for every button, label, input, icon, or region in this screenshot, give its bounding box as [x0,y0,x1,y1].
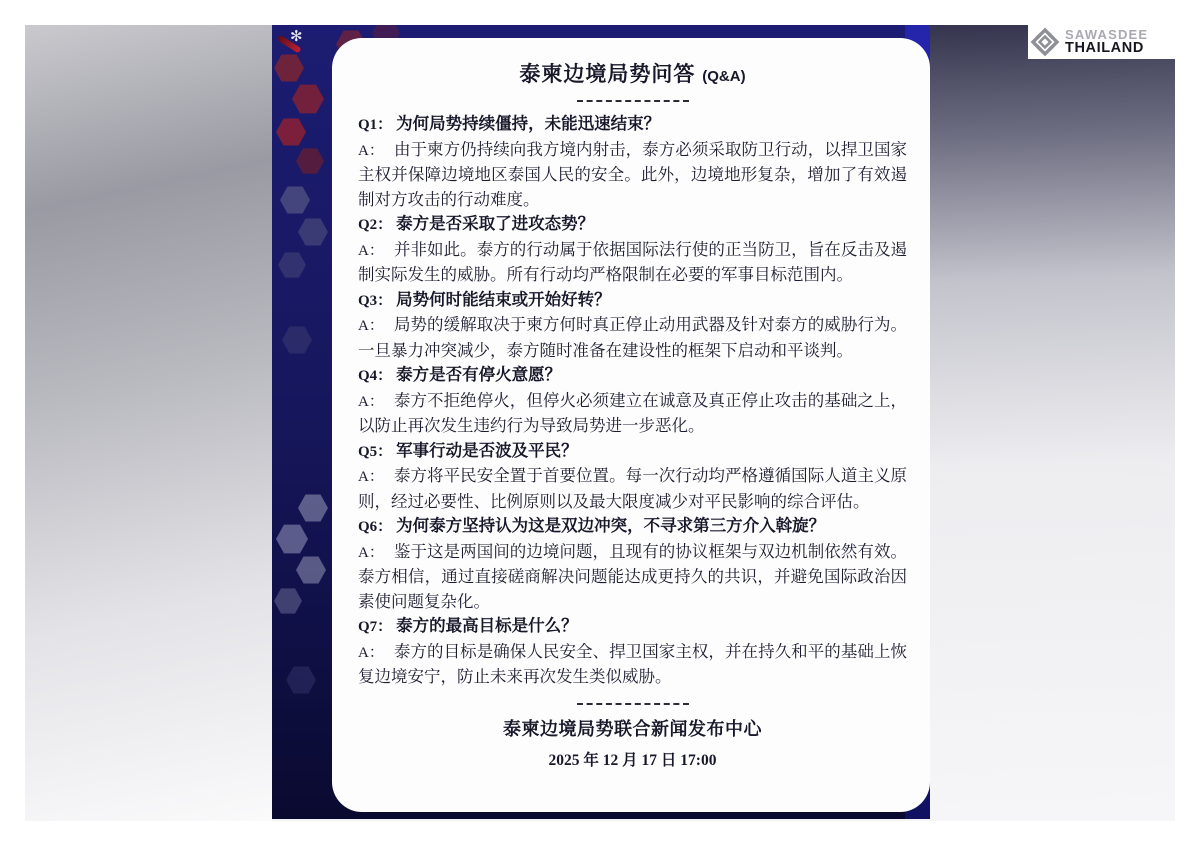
question-text: 泰方是否采取了进攻态势？ [396,215,594,233]
answer-text: 由于柬方仍持续向我方境内射击，泰方必须采取防卫行动，以捍卫国家主权并保障边境地区… [358,141,907,209]
hexagon-decoration [286,665,316,695]
question-line: Q2：泰方是否采取了进攻态势？ [358,212,907,238]
diamond-chevron-icon [1030,27,1060,57]
answer-line: A：并非如此。泰方的行动属于依据国际法行使的正当防卫，旨在反击及遏制实际发生的威… [358,238,907,288]
hexagon-decoration [296,555,326,585]
answer-text: 泰方将平民安全置于首要位置。每一次行动均严格遵循国际人道主义原则，经过必要性、比… [358,467,907,511]
card-title-text: 泰柬边境局势问答 [519,63,695,86]
qa-pair: Q4：泰方是否有停火意愿？ A：泰方不拒绝停火，但停火必须建立在诚意及真正停止攻… [358,363,907,439]
answer-line: A：泰方将平民安全置于首要位置。每一次行动均严格遵循国际人道主义原则，经过必要性… [358,464,907,514]
qa-pair: Q6：为何泰方坚持认为这是双边冲突，不寻求第三方介入斡旋？ A：鉴于这是两国间的… [358,514,907,614]
question-label: Q3： [358,293,392,309]
sawasdee-thailand-logo: SAWASDEE THAILAND [1028,25,1175,59]
answer-text: 泰方的目标是确保人民安全、捍卫国家主权，并在持久和平的基础上恢复边境安宁，防止未… [358,643,907,687]
dashed-divider-bottom [577,703,689,705]
question-label: Q4： [358,368,392,384]
hexagon-decoration [274,53,304,83]
card-title-suffix: (Q&A) [702,68,745,85]
answer-label: A： [358,394,384,410]
footer-datetime: 2025 年 12 月 17 日 17:00 [358,748,907,770]
qa-card: 泰柬边境局势问答 (Q&A) Q1：为何局势持续僵持，未能迅速结束？ A：由于柬… [332,38,930,812]
logo-brand-top: SAWASDEE [1065,28,1148,41]
hexagon-decoration [282,325,312,355]
hexagon-decoration [298,217,328,247]
hexagon-decoration [276,523,308,555]
logo-brand-bottom: THAILAND [1065,41,1148,56]
question-label: Q6： [358,519,392,535]
answer-text: 局势的缓解取决于柬方何时真正停止动用武器及针对泰方的威胁行为。一旦暴力冲突减少，… [358,316,907,360]
answer-label: A： [358,243,384,259]
question-line: Q6：为何泰方坚持认为这是双边冲突，不寻求第三方介入斡旋？ [358,514,907,540]
hexagon-decoration [296,147,324,175]
hexagon-decoration [280,185,310,215]
question-text: 泰方的最高目标是什么？ [396,617,578,635]
question-text: 泰方是否有停火意愿？ [396,366,561,384]
hexagon-decoration [276,117,306,147]
qa-pair: Q3：局势何时能结束或开始好转？ A：局势的缓解取决于柬方何时真正停止动用武器及… [358,288,907,364]
question-line: Q7：泰方的最高目标是什么？ [358,614,907,640]
qa-pair: Q5：军事行动是否波及平民？ A：泰方将平民安全置于首要位置。每一次行动均严格遵… [358,439,907,515]
answer-line: A：局势的缓解取决于柬方何时真正停止动用武器及针对泰方的威胁行为。一旦暴力冲突减… [358,313,907,363]
hexagon-decoration [278,251,306,279]
answer-text: 泰方不拒绝停火，但停火必须建立在诚意及真正停止攻击的基础之上，以防止再次发生违约… [358,392,907,436]
question-label: Q7： [358,619,392,635]
answer-line: A：鉴于这是两国间的边境问题，且现有的协议框架与双边机制依然有效。泰方相信，通过… [358,540,907,615]
answer-text: 鉴于这是两国间的边境问题，且现有的协议框架与双边机制依然有效。泰方相信，通过直接… [358,543,907,611]
answer-line: A：泰方不拒绝停火，但停火必须建立在诚意及真正停止攻击的基础之上，以防止再次发生… [358,389,907,439]
question-text: 局势何时能结束或开始好转？ [396,291,611,309]
qa-list: Q1：为何局势持续僵持，未能迅速结束？ A：由于柬方仍持续向我方境内射击，泰方必… [358,112,907,690]
qa-pair: Q7：泰方的最高目标是什么？ A：泰方的目标是确保人民安全、捍卫国家主权，并在持… [358,614,907,690]
question-line: Q5：军事行动是否波及平民？ [358,439,907,465]
qa-pair: Q1：为何局势持续僵持，未能迅速结束？ A：由于柬方仍持续向我方境内射击，泰方必… [358,112,907,212]
question-line: Q4：泰方是否有停火意愿？ [358,363,907,389]
navy-background-panel: ✻ 泰柬边境局势问答 (Q&A) Q1：为何局势持续僵持，未能迅速结束？ A：由… [272,25,930,819]
answer-label: A： [358,143,384,159]
question-label: Q1： [358,117,392,133]
question-label: Q5： [358,444,392,460]
answer-label: A： [358,469,384,485]
news-graphic: ✻ 泰柬边境局势问答 (Q&A) Q1：为何局势持续僵持，未能迅速结束？ A：由… [25,25,1175,821]
dashed-divider-top [577,100,689,102]
card-title: 泰柬边境局势问答 (Q&A) [358,58,907,88]
answer-label: A： [358,318,384,334]
hexagon-decoration [292,83,324,115]
qa-pair: Q2：泰方是否采取了进攻态势？ A：并非如此。泰方的行动属于依据国际法行使的正当… [358,212,907,288]
answer-line: A：由于柬方仍持续向我方境内射击，泰方必须采取防卫行动，以捍卫国家主权并保障边境… [358,138,907,213]
hexagon-decoration [274,587,302,615]
answer-text: 并非如此。泰方的行动属于依据国际法行使的正当防卫，旨在反击及遏制实际发生的威胁。… [358,241,907,285]
background-blur-left [25,25,272,821]
logo-text: SAWASDEE THAILAND [1065,28,1148,56]
footer-organization: 泰柬边境局势联合新闻发布中心 [358,715,907,741]
answer-label: A： [358,645,384,661]
question-line: Q3：局势何时能结束或开始好转？ [358,288,907,314]
hexagon-decoration [298,493,328,523]
question-text: 军事行动是否波及平民？ [396,442,578,460]
question-text: 为何泰方坚持认为这是双边冲突，不寻求第三方介入斡旋？ [396,517,825,535]
answer-label: A： [358,545,384,561]
answer-line: A：泰方的目标是确保人民安全、捍卫国家主权，并在持久和平的基础上恢复边境安宁，防… [358,640,907,690]
question-text: 为何局势持续僵持，未能迅速结束？ [396,115,660,133]
question-label: Q2： [358,217,392,233]
background-blur-right [930,25,1175,821]
question-line: Q1：为何局势持续僵持，未能迅速结束？ [358,112,907,138]
